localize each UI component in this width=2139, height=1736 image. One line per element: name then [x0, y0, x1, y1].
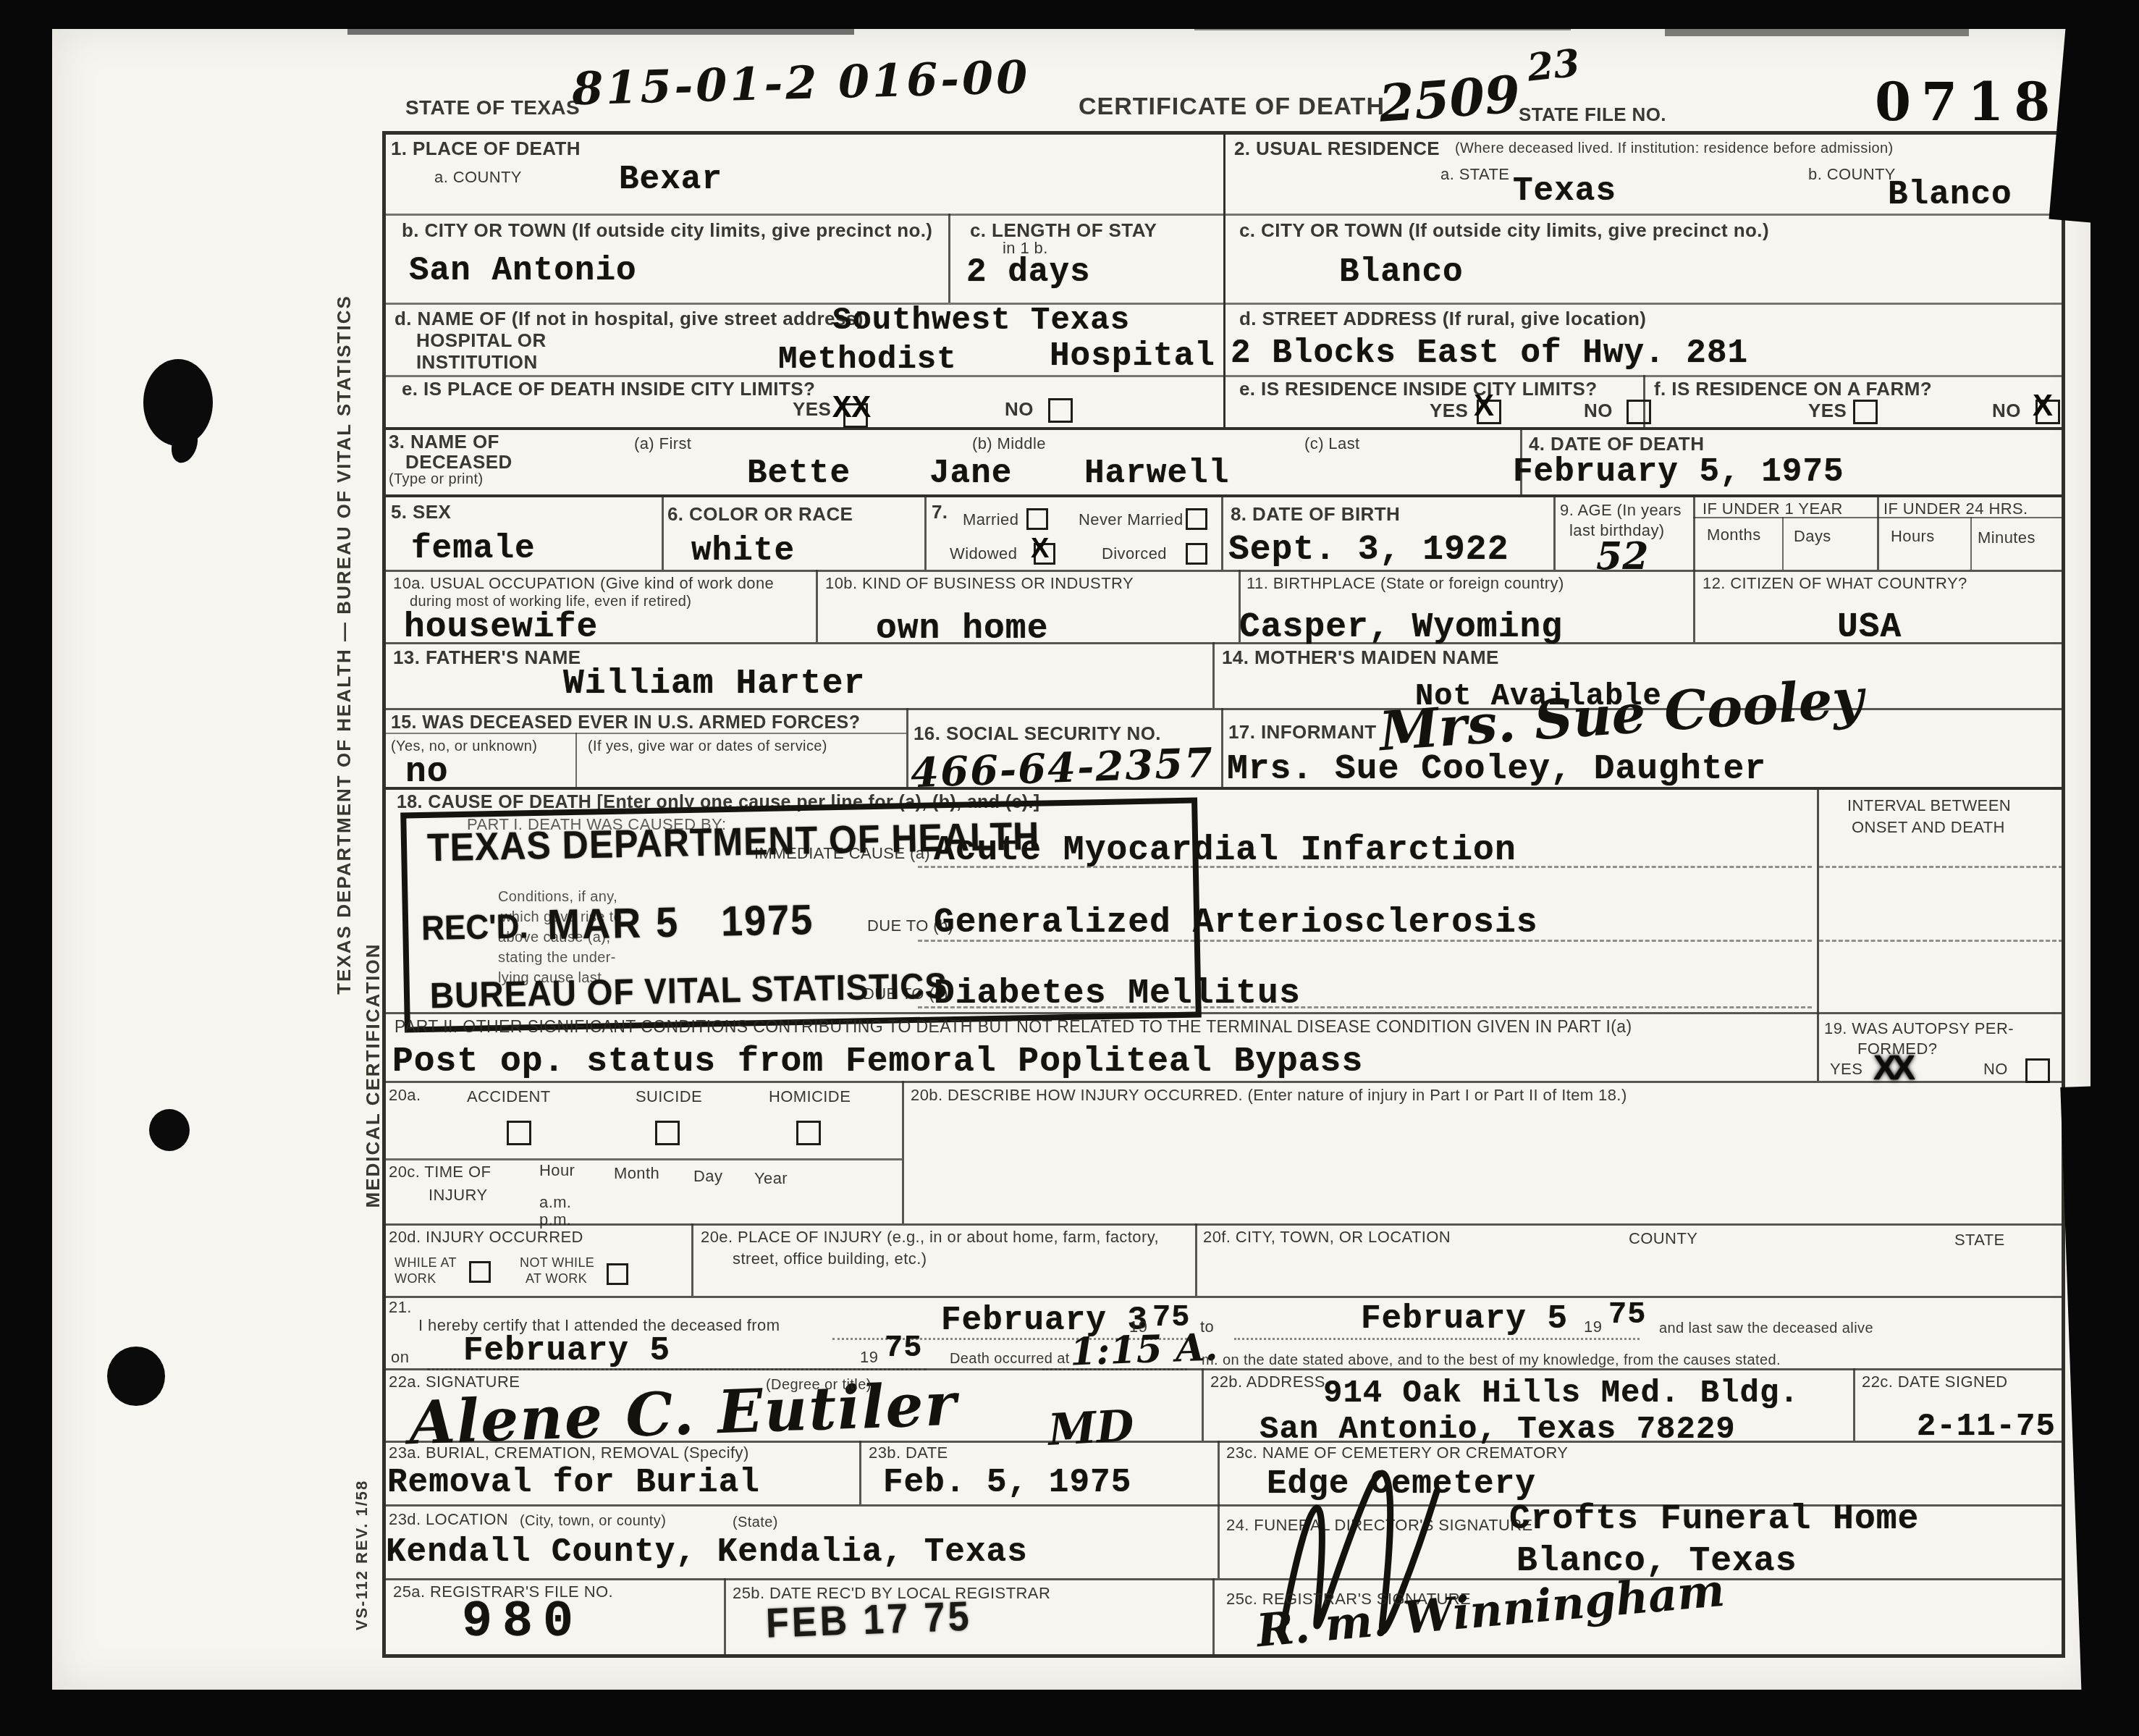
- punch-hole: [149, 1109, 190, 1151]
- residence-limits-no-checkbox: [1627, 400, 1651, 424]
- certification-number: 21.: [389, 1298, 412, 1317]
- hospital-value-line1: Southwest Texas: [832, 303, 1130, 339]
- part2-label: PART II. OTHER SIGNIFICANT CONDITIONS CO…: [395, 1017, 1632, 1037]
- year-75-c: 75: [885, 1331, 922, 1365]
- scan-border-left: [0, 0, 52, 1736]
- grid-line: [859, 1441, 861, 1504]
- suicide-checkbox: [655, 1121, 680, 1145]
- while-at-work-checkbox: [469, 1261, 491, 1283]
- never-married-label: Never Married: [1079, 510, 1184, 529]
- grid-line: [1212, 1578, 1215, 1656]
- injury-occurred-label: 20d. INJURY OCCURRED: [389, 1228, 583, 1247]
- name-of-deceased-label2: DECEASED: [405, 451, 512, 473]
- date-signed-label: 22c. DATE SIGNED: [1862, 1373, 2008, 1391]
- if-under-24-hrs-label: IF UNDER 24 HRS.: [1883, 500, 2028, 518]
- widowed-mark: X: [1031, 534, 1049, 565]
- grid-line: [1782, 517, 1784, 570]
- grid-line: [1202, 1368, 1204, 1441]
- grid-line: [1212, 642, 1215, 708]
- grid-line: [1218, 1441, 1220, 1578]
- physician-address-line2: San Antonio, Texas 78229: [1260, 1412, 1736, 1448]
- stamp-line1: TEXAS DEPARTMENT OF HEALTH: [427, 813, 1040, 870]
- residence-limits-yes-label: YES: [1430, 400, 1468, 422]
- hospital-value-line2: Methodist: [778, 342, 957, 378]
- burial-date-value: Feb. 5, 1975: [883, 1464, 1131, 1501]
- first-name-label: (a) First: [634, 434, 691, 453]
- marital-status-label: 7.: [932, 501, 948, 523]
- place-of-injury-label-2: street, office building, etc.): [733, 1250, 927, 1268]
- name-of-deceased-label1: 3. NAME OF: [389, 431, 499, 453]
- armed-forces-label: 15. WAS DECEASED EVER IN U.S. ARMED FORC…: [391, 712, 860, 733]
- year-75-b: 75: [1608, 1297, 1646, 1332]
- stamp-date-year: 1975: [721, 896, 814, 945]
- residence-farm-label: f. IS RESIDENCE ON A FARM?: [1654, 378, 1932, 400]
- last-name-value: Harwell: [1084, 455, 1229, 492]
- burial-date-label: 23b. DATE: [869, 1444, 948, 1462]
- hospital-label-3: INSTITUTION: [416, 351, 538, 374]
- place-of-injury-label-1: 20e. PLACE OF INJURY (e.g., in or about …: [701, 1228, 1159, 1247]
- handwritten-small-number: 23: [1525, 41, 1582, 90]
- farm-yes-checkbox: [1853, 400, 1878, 424]
- certificate-title: CERTIFICATE OF DEATH: [1079, 93, 1385, 121]
- length-of-stay-value: 2 days: [966, 253, 1091, 291]
- date-signed-value: 2-11-75: [1917, 1409, 2056, 1445]
- first-name-value: Bette: [747, 455, 851, 492]
- hours-label: Hours: [1891, 527, 1935, 546]
- hour-label: Hour: [539, 1161, 575, 1180]
- business-industry-label: 10b. KIND OF BUSINESS OR INDUSTRY: [825, 574, 1134, 593]
- street-address-label: d. STREET ADDRESS (If rural, give locati…: [1239, 308, 1646, 330]
- grid-line: [384, 1654, 2064, 1658]
- burial-location-label: 23d. LOCATION: [389, 1510, 508, 1529]
- hospital-value-line3: Hospital: [1050, 337, 1215, 375]
- am-label: a.m.: [539, 1193, 571, 1212]
- grid-line: [384, 1578, 2064, 1580]
- grid-line: [384, 427, 2064, 430]
- grid-line: [384, 494, 2064, 497]
- death-occurred-at-text: Death occurred at: [950, 1351, 1070, 1368]
- birthplace-label: 11. BIRTHPLACE (State or foreign country…: [1246, 574, 1564, 593]
- stamp-date-month: MAR 5: [547, 898, 680, 949]
- leader-line: [1042, 1368, 1187, 1370]
- grid-line: [906, 708, 908, 787]
- fathers-name-label: 13. FATHER'S NAME: [393, 646, 581, 669]
- grid-line: [1817, 787, 1819, 1081]
- homicide-label: HOMICIDE: [769, 1087, 851, 1106]
- scan-noise-streak: [1665, 29, 1969, 36]
- place-of-death-title: 1. PLACE OF DEATH: [391, 138, 581, 160]
- day-label: Day: [693, 1167, 722, 1186]
- physician-signature-degree-script: MD: [1047, 1401, 1135, 1456]
- business-industry-value: own home: [876, 610, 1048, 649]
- grid-line: [948, 214, 950, 303]
- residence-county-label: b. COUNTY: [1808, 165, 1896, 184]
- date-of-birth-value: Sept. 3, 1922: [1228, 531, 1509, 570]
- grid-line: [1195, 1223, 1197, 1296]
- never-married-checkbox: [1186, 508, 1207, 530]
- last-name-label: (c) Last: [1304, 434, 1360, 453]
- divorced-checkbox: [1186, 543, 1207, 565]
- married-checkbox: [1026, 508, 1048, 530]
- name-of-deceased-label3: (Type or print): [389, 471, 483, 488]
- residence-state-value: Texas: [1513, 172, 1616, 210]
- burial-location-value: Kendall County, Kendalia, Texas: [386, 1533, 1028, 1571]
- color-race-value: white: [691, 532, 795, 570]
- grid-line: [924, 494, 927, 570]
- injury-county-label: COUNTY: [1629, 1229, 1697, 1248]
- year-19-b: 19: [1584, 1318, 1602, 1336]
- residence-county-value: Blanco: [1888, 176, 2012, 214]
- margin-form-revision-text: VS-112 REV. 1/58: [353, 1446, 371, 1664]
- stamp-line3: BUREAU OF VITAL STATISTICS: [429, 964, 948, 1016]
- divorced-label: Divorced: [1102, 544, 1167, 563]
- scan-noise-streak: [347, 26, 854, 35]
- interval-label-2: ONSET AND DEATH: [1852, 818, 2005, 837]
- year-19-c: 19: [860, 1348, 878, 1367]
- autopsy-yes-mark: XX: [1873, 1048, 1911, 1088]
- scan-noise-streak: [1194, 23, 1571, 30]
- length-of-stay-label: c. LENGTH OF STAY: [970, 219, 1157, 242]
- attended-to-date: February 5: [1361, 1300, 1568, 1338]
- grid-line: [384, 642, 2064, 644]
- residence-limits-label: e. IS RESIDENCE INSIDE CITY LIMITS?: [1239, 378, 1598, 400]
- stamp-recd: REC'D.: [421, 907, 528, 948]
- year-label: Year: [754, 1169, 788, 1188]
- grid-line: [382, 131, 386, 1658]
- date-of-birth-label: 8. DATE OF BIRTH: [1231, 503, 1400, 526]
- grid-line: [1553, 494, 1556, 570]
- not-while-at-work-label-2: AT WORK: [526, 1271, 587, 1286]
- armed-forces-value: no: [405, 753, 449, 792]
- death-limits-yes-mark: XX: [832, 391, 871, 427]
- middle-name-value: Jane: [929, 455, 1012, 492]
- usual-residence-title: 2. USUAL RESIDENCE: [1234, 138, 1440, 160]
- interval-line: [1819, 866, 2063, 868]
- birthplace-value: Casper, Wyoming: [1239, 608, 1563, 647]
- not-while-at-work-checkbox: [607, 1263, 628, 1285]
- burial-location-sub1: (City, town, or county): [520, 1513, 666, 1530]
- occupation-label-1: 10a. USUAL OCCUPATION (Give kind of work…: [393, 574, 774, 593]
- margin-agency-text: TEXAS DEPARTMENT OF HEALTH — BUREAU OF V…: [333, 283, 355, 1007]
- grid-line: [1877, 494, 1879, 570]
- age-label-1: 9. AGE (In years: [1560, 501, 1682, 520]
- grid-line: [1221, 494, 1223, 570]
- county-value: Bexar: [619, 161, 722, 198]
- grid-line: [1223, 131, 1225, 427]
- pm-label: p.m.: [539, 1210, 571, 1229]
- city-value: San Antonio: [409, 252, 637, 290]
- autopsy-yes-label: YES: [1830, 1060, 1862, 1079]
- time-of-death-value: 1:15 A.: [1069, 1325, 1218, 1374]
- death-limits-no-label: NO: [1005, 398, 1034, 421]
- citizen-label: 12. CITIZEN OF WHAT COUNTRY?: [1703, 574, 1967, 593]
- physician-address-label: 22b. ADDRESS: [1210, 1373, 1325, 1391]
- grid-line: [816, 570, 818, 642]
- farm-no-mark: X: [2033, 388, 2053, 423]
- married-label: Married: [963, 510, 1018, 529]
- autopsy-no-label: NO: [1983, 1060, 2008, 1079]
- alive-on-date: February 5: [463, 1332, 670, 1370]
- hospital-label-2: HOSPITAL OR: [416, 329, 547, 352]
- grid-line: [1693, 570, 1695, 642]
- minutes-label: Minutes: [1978, 528, 2035, 547]
- date-of-death-label: 4. DATE OF DEATH: [1529, 433, 1704, 455]
- residence-city-value: Blanco: [1339, 253, 1464, 291]
- death-limits-yes-label: YES: [793, 398, 831, 421]
- burial-type-label: 23a. BURIAL, CREMATION, REMOVAL (Specify…: [389, 1444, 749, 1462]
- farm-no-label: NO: [1992, 400, 2021, 422]
- autopsy-no-checkbox: [2025, 1058, 2050, 1083]
- time-of-injury-label-2: INJURY: [429, 1186, 487, 1205]
- leader-line: [1234, 1338, 1640, 1340]
- handwritten-cert-number: 2509: [1377, 64, 1522, 133]
- grid-line: [1693, 494, 1695, 570]
- city-or-town-label: b. CITY OR TOWN (If outside city limits,…: [402, 219, 932, 242]
- accident-checkbox: [507, 1121, 531, 1145]
- autopsy-label-1: 19. WAS AUTOPSY PER-: [1824, 1019, 2014, 1038]
- leader-line: [427, 1368, 927, 1370]
- grid-line: [384, 1223, 2064, 1226]
- received-stamp: TEXAS DEPARTMENT OF HEALTH REC'D. MAR 5 …: [400, 797, 1202, 1032]
- grid-line: [575, 733, 577, 787]
- residence-limits-no-label: NO: [1584, 400, 1613, 422]
- part2-value: Post op. status from Femoral Popliteal B…: [392, 1042, 1363, 1082]
- date-received-stamp-value: FEB 17 75: [765, 1593, 973, 1648]
- citizen-value: USA: [1837, 608, 1902, 647]
- informant-label: 17. INFORMANT: [1228, 721, 1377, 743]
- residence-state-label: a. STATE: [1440, 165, 1509, 184]
- sex-value: female: [411, 530, 536, 568]
- death-limits-no-checkbox: [1048, 398, 1073, 423]
- burial-type-value: Removal for Burial: [387, 1464, 760, 1501]
- grid-line: [384, 1296, 2064, 1298]
- date-of-death-value: February 5, 1975: [1513, 453, 1844, 491]
- month-label: Month: [614, 1164, 659, 1183]
- while-at-work-label-2: WORK: [395, 1271, 436, 1286]
- informant-typed-value: Mrs. Sue Cooley, Daughter: [1227, 750, 1766, 789]
- time-of-injury-label-1: 20c. TIME OF: [389, 1163, 491, 1181]
- armed-forces-sub2: (If yes, give war or dates of service): [588, 738, 827, 755]
- death-city-limits-label: e. IS PLACE OF DEATH INSIDE CITY LIMITS?: [402, 378, 815, 400]
- grid-line: [1970, 517, 1972, 570]
- hospital-label-1: d. NAME OF (If not in hospital, give str…: [395, 308, 864, 330]
- age-value: 52: [1596, 534, 1648, 578]
- injury-city-label: 20f. CITY, TOWN, OR LOCATION: [1203, 1228, 1451, 1247]
- describe-injury-label: 20b. DESCRIBE HOW INJURY OCCURRED. (Ente…: [911, 1086, 1627, 1105]
- accident-label: ACCIDENT: [467, 1087, 551, 1106]
- if-under-1-year-label: IF UNDER 1 YEAR: [1703, 500, 1843, 518]
- sex-label: 5. SEX: [391, 501, 451, 523]
- injury-state-label: STATE: [1954, 1231, 2005, 1250]
- physician-address-line1: 914 Oak Hills Med. Bldg.: [1323, 1375, 1800, 1412]
- interval-label-1: INTERVAL BETWEEN: [1847, 796, 2011, 815]
- residence-limits-yes-mark: X: [1474, 388, 1494, 423]
- widowed-label: Widowed: [950, 544, 1017, 563]
- homicide-checkbox: [796, 1121, 821, 1145]
- middle-name-label: (b) Middle: [972, 434, 1046, 453]
- grid-line: [2062, 131, 2065, 1658]
- accident-section-label: 20a.: [389, 1086, 421, 1105]
- farm-yes-label: YES: [1808, 400, 1847, 422]
- burial-location-sub2: (State): [733, 1514, 778, 1531]
- on-text: on: [391, 1348, 409, 1367]
- state-of-texas-label: STATE OF TEXAS: [405, 96, 580, 119]
- grid-line: [384, 1158, 902, 1160]
- grid-line: [662, 494, 664, 570]
- usual-residence-subtitle: (Where deceased lived. If institution: r…: [1455, 140, 1894, 157]
- certify-tail-text: m. on the date stated above, and to the …: [1202, 1352, 1781, 1369]
- margin-medical-certification-text: MEDICAL CERTIFICATION: [362, 844, 384, 1307]
- punch-hole: [107, 1347, 165, 1406]
- suicide-label: SUICIDE: [636, 1087, 702, 1106]
- while-at-work-label-1: WHILE AT: [395, 1255, 457, 1271]
- last-saw-alive-text: and last saw the deceased alive: [1659, 1320, 1873, 1337]
- county-label: a. COUNTY: [434, 168, 522, 187]
- scan-border-bottom: [0, 1690, 2139, 1736]
- grid-line: [1853, 1368, 1855, 1441]
- death-certificate-scan: TEXAS DEPARTMENT OF HEALTH — BUREAU OF V…: [0, 0, 2139, 1736]
- grid-line: [384, 787, 2064, 790]
- funeral-home-value-line1: Crofts Funeral Home: [1509, 1500, 1919, 1539]
- state-file-no-label: STATE FILE NO.: [1519, 104, 1666, 126]
- scan-border-top: [0, 0, 2139, 29]
- fathers-name-value: William Harter: [563, 665, 865, 704]
- days-label: Days: [1794, 527, 1831, 546]
- mothers-maiden-name-label: 14. MOTHER'S MAIDEN NAME: [1222, 646, 1499, 669]
- not-while-at-work-label-1: NOT WHILE: [520, 1255, 594, 1271]
- interval-line: [1819, 940, 2063, 942]
- registrar-file-no-value: 980: [462, 1594, 583, 1651]
- months-label: Months: [1707, 526, 1761, 544]
- grid-line: [384, 570, 2064, 572]
- degree-or-title-label: (Degree or title): [766, 1377, 872, 1394]
- color-race-label: 6. COLOR OR RACE: [667, 503, 853, 526]
- occupation-value: housewife: [404, 608, 598, 647]
- grid-line: [724, 1578, 726, 1656]
- grid-line: [902, 1081, 904, 1223]
- residence-city-label: c. CITY OR TOWN (If outside city limits,…: [1239, 219, 1769, 242]
- grid-line: [1221, 708, 1223, 787]
- street-address-value: 2 Blocks East of Hwy. 281: [1231, 334, 1748, 372]
- grid-line: [691, 1223, 693, 1296]
